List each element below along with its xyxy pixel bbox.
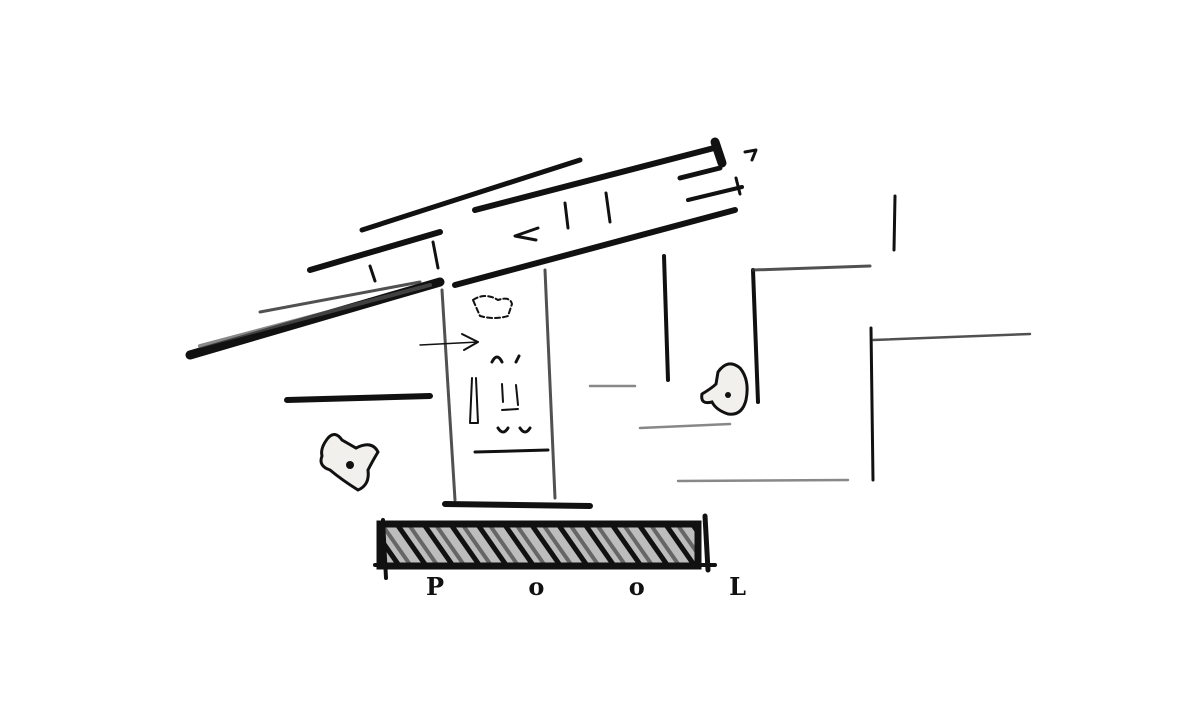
central-column-tower: [442, 270, 590, 506]
stepped-walls-right: [640, 196, 1030, 481]
pool: [375, 516, 715, 578]
ground-line-left: [287, 396, 430, 400]
entry-arrow-icon: [420, 334, 478, 350]
person-figure-left-icon: [321, 434, 378, 490]
person-figure-right-icon: [702, 364, 747, 414]
sloped-roof: [190, 142, 756, 355]
pool-label: P o o L: [426, 572, 784, 601]
